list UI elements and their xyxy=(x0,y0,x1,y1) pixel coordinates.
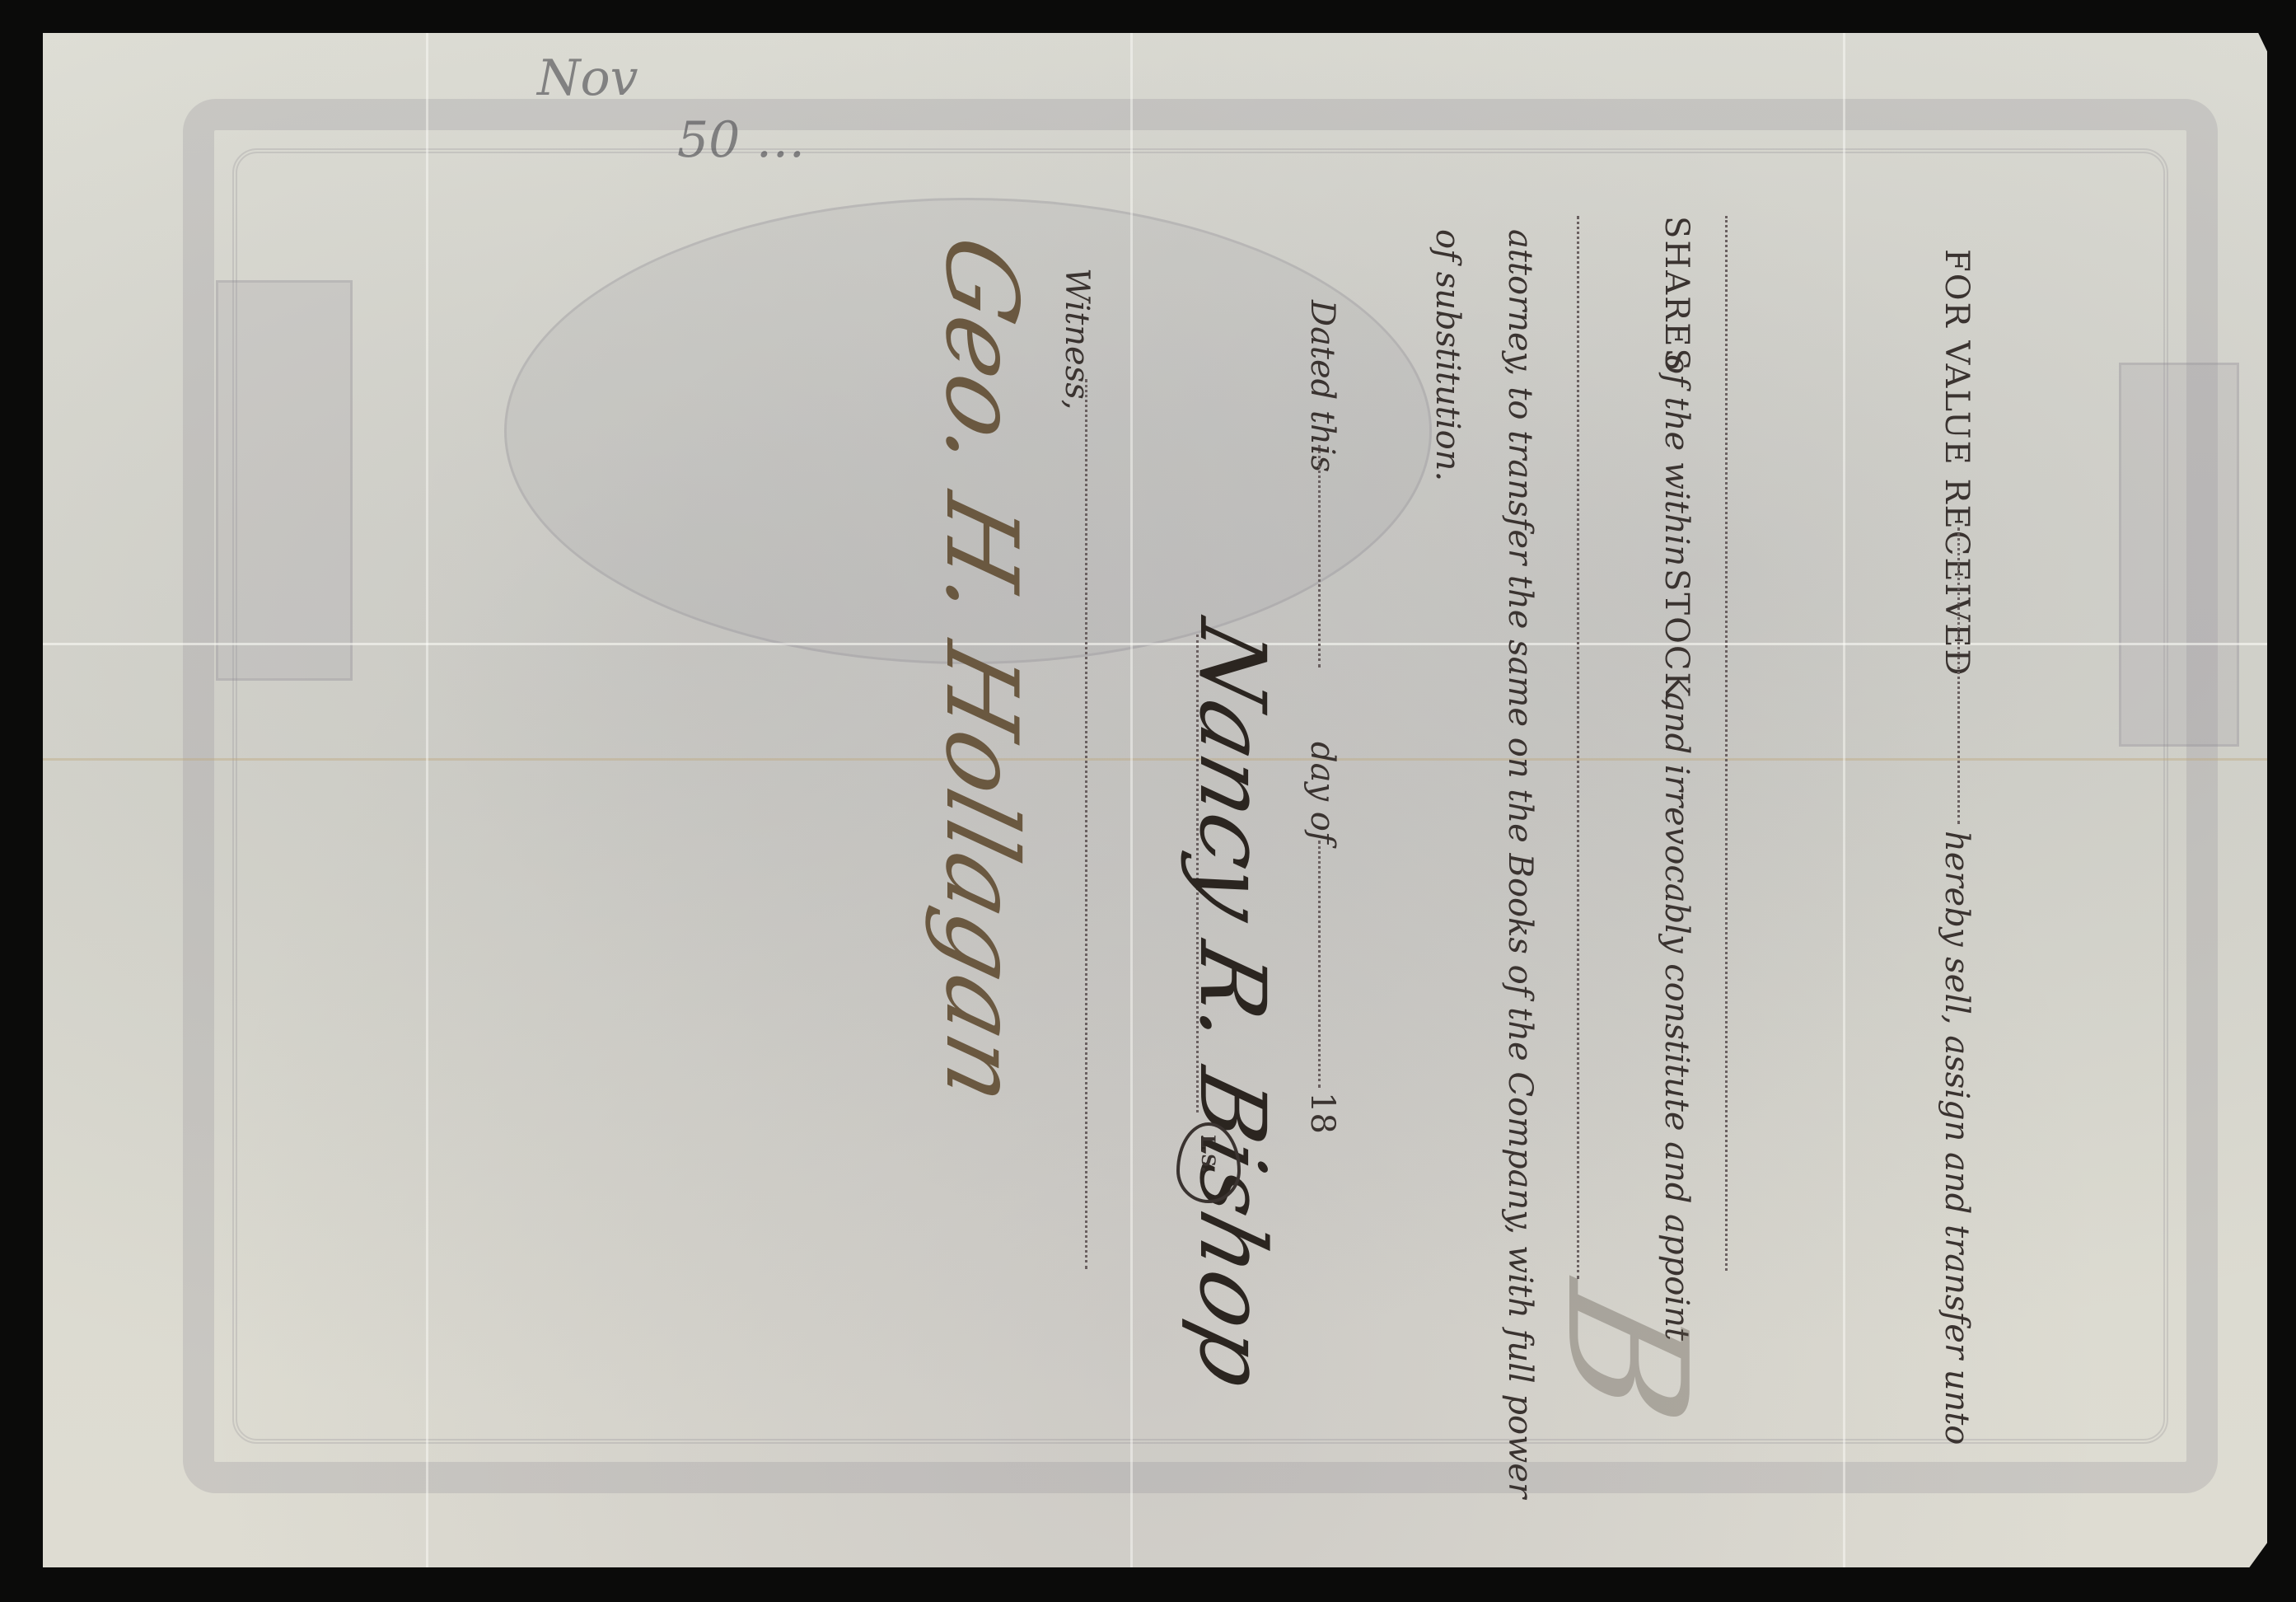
of-substitution-text: of substitution. xyxy=(1429,229,1466,481)
shares-number-line xyxy=(1725,216,1728,1271)
right-vignette-showthrough xyxy=(2119,363,2239,747)
attorney-name-line xyxy=(1577,216,1579,1279)
day-of-label: day of xyxy=(1303,742,1341,844)
dated-this-label: Dated this xyxy=(1303,300,1341,472)
witness-label: Witness, xyxy=(1058,268,1096,410)
of-the-within-text: of the within xyxy=(1658,354,1695,566)
irrevocably-appoint-text: and irrevocably constitute and appoint xyxy=(1658,692,1695,1341)
witness-signature: Geo. H. Hollagan xyxy=(924,225,1038,1117)
witness-signature-line xyxy=(1085,379,1087,1269)
date-month-line xyxy=(1318,841,1321,1088)
horizontal-fold xyxy=(43,758,2267,761)
sell-assign-transfer-text: hereby sell, assign and transfer unto xyxy=(1938,831,1976,1445)
year-prefix: 18 xyxy=(1303,1092,1341,1134)
stock-label: STOCK, xyxy=(1658,569,1695,710)
seller-signature: Nancy R. Bishop xyxy=(1180,611,1285,1400)
left-vignette-showthrough xyxy=(216,280,353,681)
pencil-notation-number: 50 … xyxy=(677,111,805,169)
for-value-received-text: FOR VALUE RECEIVED xyxy=(1938,249,1976,677)
shares-label: SHARES xyxy=(1658,216,1695,372)
pencil-notation-top: Nov xyxy=(537,49,638,107)
transferee-line xyxy=(1957,527,1960,824)
vertical-fold-center xyxy=(1130,33,1133,1567)
vertical-fold-left xyxy=(426,33,428,1567)
certificate-paper: Nov 50 … xyxy=(43,33,2267,1567)
vertical-fold-right xyxy=(1843,33,1845,1567)
date-day-line xyxy=(1318,445,1321,667)
horizontal-fold-upper xyxy=(43,643,2267,645)
